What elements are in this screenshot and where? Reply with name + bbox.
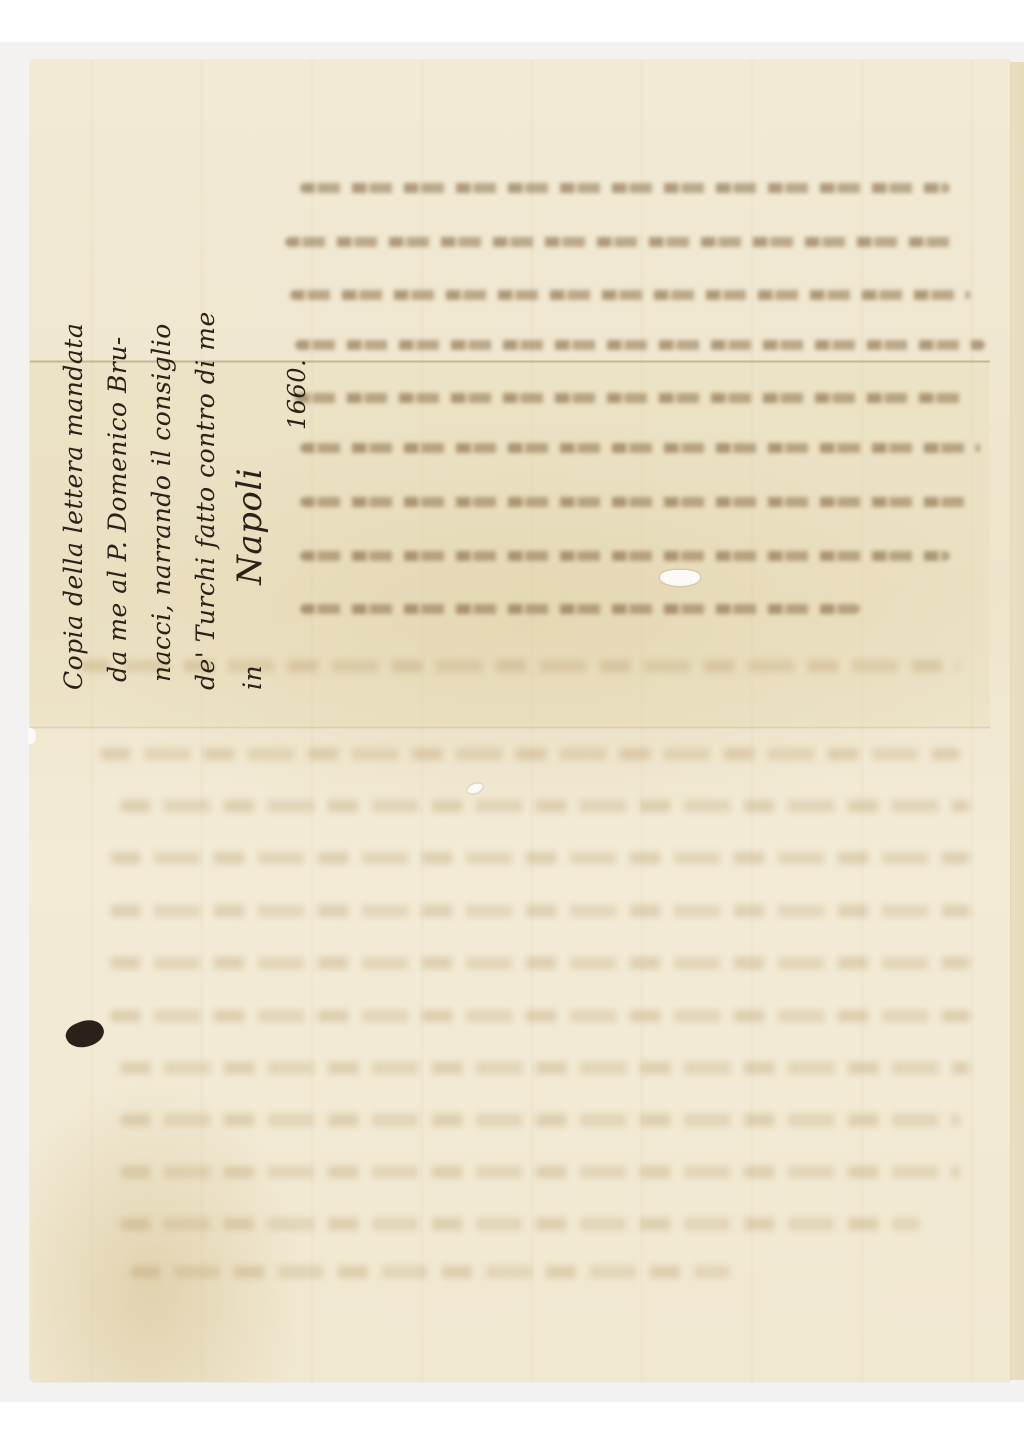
- annotation-line-2: da me al P. Domenico Bru-: [96, 311, 140, 690]
- annotation-in: in: [238, 665, 267, 690]
- edge-tear: [28, 728, 36, 744]
- annotation-city: Napoli: [230, 468, 270, 665]
- annotation-line-1: Copia della lettera mandata: [52, 311, 96, 690]
- paper-hole: [660, 570, 700, 586]
- annotation-place: inNapoli: [228, 311, 275, 690]
- marginal-annotation: Copia della lettera mandata da me al P. …: [52, 311, 319, 690]
- annotation-year: 1660.: [275, 311, 319, 690]
- annotation-line-4: de' Turchi fatto contro di me: [184, 311, 228, 690]
- annotation-line-3: nacci, narrando il consiglio: [140, 311, 184, 690]
- fold-crease-lower: [30, 726, 990, 729]
